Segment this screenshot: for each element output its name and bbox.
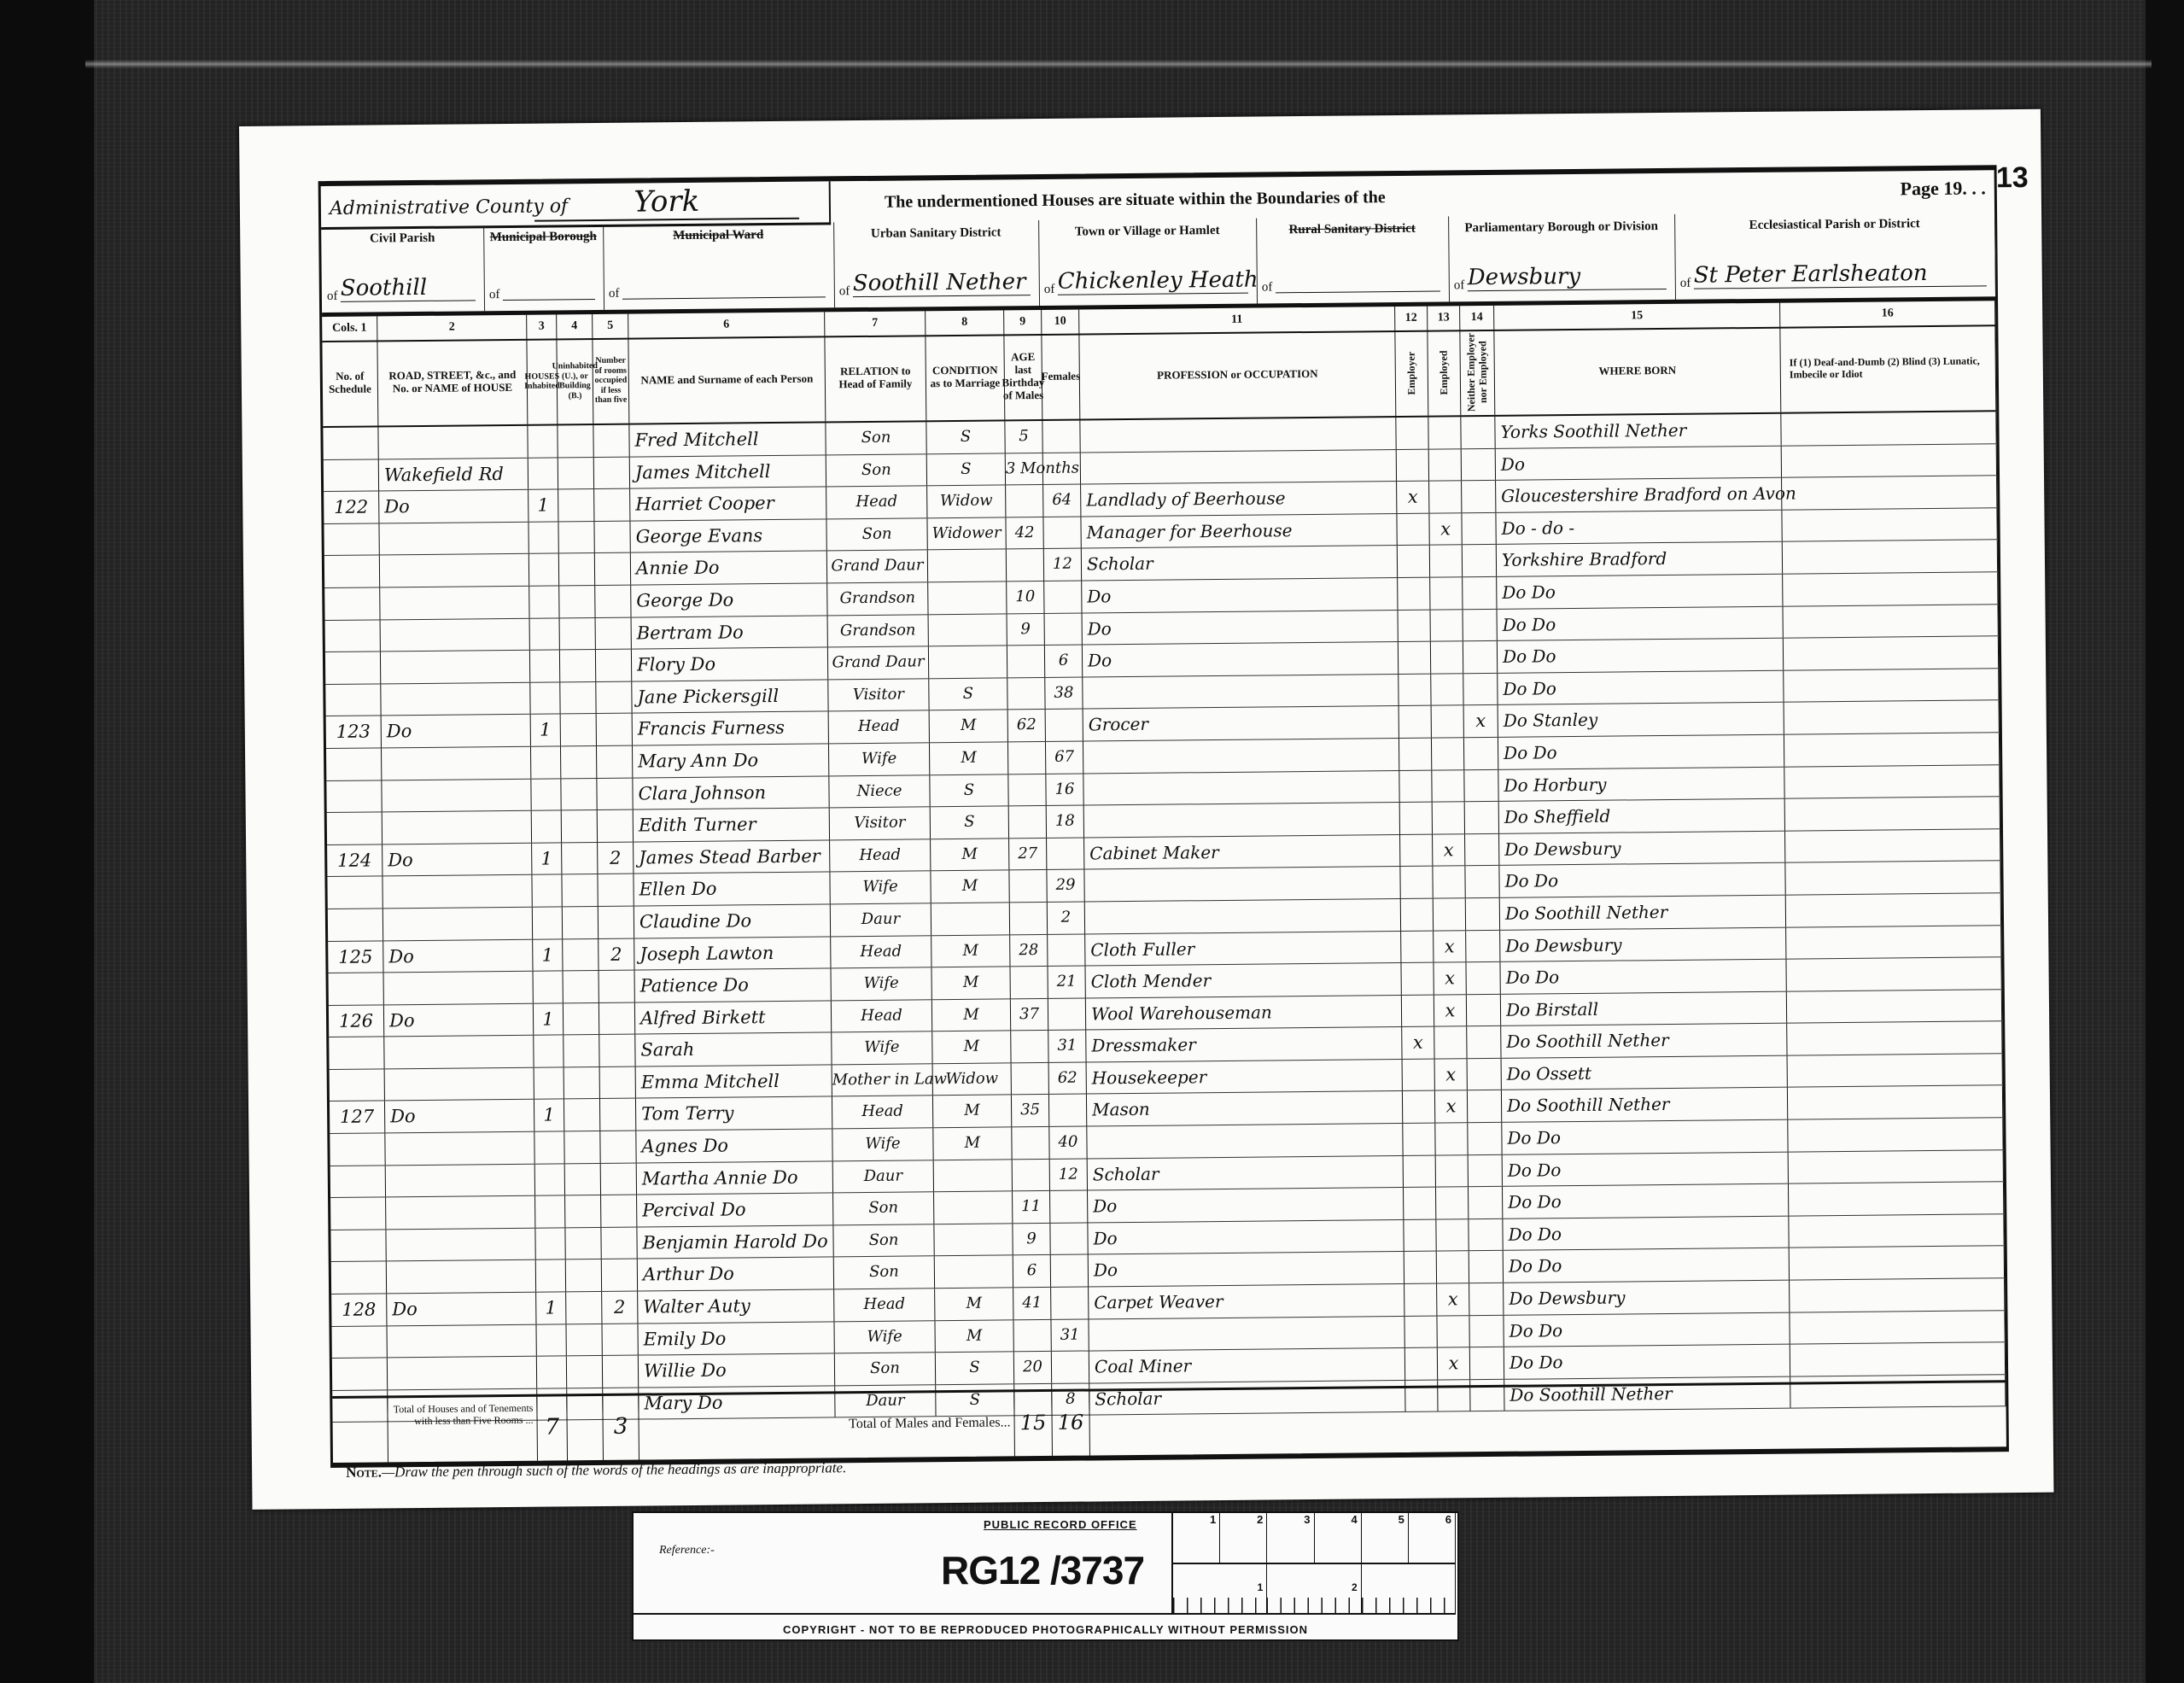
- cell-uninhab: [564, 1035, 599, 1066]
- cell-schedule: 127: [330, 1102, 385, 1133]
- cell-schedule: [325, 684, 381, 716]
- cell-occupation: Carpet Weaver: [1089, 1284, 1404, 1318]
- cell-male-age: 9: [1013, 1224, 1050, 1255]
- cell-female-age: 21: [1048, 967, 1085, 998]
- cell-neither: [1465, 866, 1499, 897]
- column-header: PROFESSION or OCCUPATION: [1079, 330, 1396, 419]
- cell-neither: [1461, 417, 1495, 448]
- cell-male-age: [1009, 806, 1047, 838]
- cell-born: Do Do: [1500, 960, 1786, 994]
- cell-neither: [1463, 674, 1498, 705]
- admin-county-value: York: [534, 184, 799, 222]
- cell-condition: Widow: [927, 486, 1006, 517]
- cell-occupation: Cloth Fuller: [1085, 931, 1401, 965]
- cell-name: Benjamin Harold Do: [637, 1225, 833, 1259]
- cell-occupation: Do: [1088, 1220, 1404, 1254]
- cell-condition: [931, 903, 1010, 934]
- division-urban-sanitary-district: Urban Sanitary DistrictofSoothill Nether: [833, 220, 1040, 307]
- cell-male-age: 3 Months: [1006, 453, 1043, 485]
- cell-infirmity: [1790, 1311, 2005, 1344]
- cell-uninhab: [564, 971, 599, 1002]
- cell-relation: Daur: [831, 903, 931, 936]
- cell-employer: [1399, 739, 1432, 770]
- cell-employer: [1398, 546, 1430, 577]
- cell-rooms: 2: [598, 842, 634, 874]
- cell-infirmity: [1790, 1278, 2005, 1312]
- cell-name: Patience Do: [635, 968, 832, 1002]
- cell-uninhab: [564, 1099, 600, 1131]
- cell-infirmity: [1789, 1150, 2004, 1183]
- cell-relation: Mother in Law: [832, 1064, 933, 1096]
- cell-infirmity: [1785, 797, 2000, 830]
- cell-condition: M: [930, 710, 1008, 742]
- division-value: Soothill: [341, 274, 476, 302]
- cell-relation: Visitor: [828, 679, 929, 711]
- column-header: RELATION to Head of Family: [825, 335, 926, 421]
- cell-female-age: [1046, 710, 1083, 741]
- cell-rooms: [595, 586, 631, 617]
- cell-condition: M: [933, 1127, 1012, 1159]
- of-label: of: [839, 284, 850, 299]
- cell-relation: Wife: [832, 967, 932, 1000]
- cell-infirmity: [1790, 1247, 2005, 1280]
- cell-neither: [1463, 641, 1498, 673]
- cell-male-age: [1006, 485, 1043, 517]
- cell-road: Wakefield Rd: [379, 458, 528, 490]
- column-header-text: WHERE BORN: [1598, 364, 1676, 377]
- cell-employer: [1400, 803, 1433, 834]
- cell-relation: Wife: [834, 1321, 935, 1353]
- ruler-units: 12: [1173, 1564, 1456, 1613]
- cell-neither: [1466, 930, 1500, 961]
- cell-female-age: 38: [1045, 677, 1083, 709]
- division-label: Municipal Ward: [603, 227, 833, 244]
- cell-neither: [1468, 1059, 1502, 1090]
- cell-born: Do Do: [1503, 1152, 1789, 1186]
- cell-name: George Do: [631, 583, 827, 617]
- cell-schedule: 123: [326, 716, 382, 748]
- cell-female-age: [1048, 934, 1085, 966]
- cell-schedule: 125: [328, 941, 383, 973]
- cell-uninhab: [561, 714, 597, 745]
- cell-name: James Stead Barber: [634, 840, 830, 874]
- column-header: AGE last Birthday of Males: [1004, 334, 1042, 419]
- cell-uninhab: [565, 1228, 601, 1259]
- cell-rooms: [596, 617, 632, 649]
- cell-employed: [1434, 898, 1466, 930]
- cell-inhab: 1: [536, 1292, 566, 1324]
- column-number: 2: [377, 315, 527, 341]
- cell-occupation: Cabinet Maker: [1084, 835, 1400, 869]
- cell-rooms: [601, 1163, 637, 1195]
- cell-male-age: 9: [1007, 614, 1045, 646]
- cell-condition: M: [932, 1031, 1011, 1063]
- cell-employer: [1399, 642, 1431, 674]
- note-prefix: Note.: [346, 1464, 382, 1480]
- cell-condition: [934, 1192, 1013, 1224]
- cell-male-age: [1008, 742, 1046, 774]
- cell-rooms: [593, 425, 629, 457]
- cell-road: [381, 651, 530, 683]
- cell-occupation: [1083, 771, 1399, 805]
- cell-name: Agnes Do: [636, 1129, 832, 1162]
- cell-employer: [1397, 449, 1429, 481]
- cell-infirmity: [1789, 1214, 2004, 1248]
- cell-neither: [1462, 513, 1496, 545]
- column-number: 10: [1042, 310, 1079, 334]
- cell-inhab: [529, 586, 559, 617]
- cell-inhab: [528, 425, 558, 457]
- cell-employed: [1433, 802, 1465, 833]
- cell-born: Do Dewsbury: [1499, 831, 1785, 865]
- cell-schedule: 128: [331, 1294, 387, 1325]
- cell-uninhab: [562, 843, 598, 874]
- division-ecclesiastical-parish-or-district: Ecclesiastical Parish or DistrictofSt Pe…: [1674, 211, 1996, 300]
- cell-relation: Head: [834, 1289, 935, 1321]
- cell-employed: [1436, 1155, 1469, 1187]
- cell-schedule: 124: [327, 844, 382, 876]
- cell-uninhab: [567, 1356, 603, 1388]
- cell-relation: Wife: [832, 1032, 932, 1065]
- column-header-text: Number of rooms occupied if less than fi…: [594, 356, 627, 406]
- column-number: 13: [1428, 306, 1460, 330]
- cell-name: Fred Mitchell: [629, 423, 826, 456]
- column-number: 9: [1004, 310, 1042, 334]
- cell-employed: [1437, 1252, 1469, 1283]
- females-total: 16: [1052, 1392, 1090, 1456]
- cell-inhab: [535, 1228, 565, 1259]
- cell-born: Do Do: [1498, 670, 1784, 704]
- cell-inhab: 1: [531, 715, 561, 746]
- scan-left-edge: [0, 0, 94, 1683]
- cell-rooms: [596, 681, 632, 713]
- cell-relation: Wife: [832, 1128, 933, 1160]
- cell-road: [386, 1229, 535, 1261]
- cell-uninhab: [561, 779, 597, 810]
- cell-road: [385, 1132, 534, 1165]
- cell-rooms: [601, 1227, 637, 1259]
- column-header-text: RELATION to Head of Family: [827, 365, 924, 391]
- cell-employed: [1437, 1316, 1469, 1347]
- cell-name: Tom Terry: [636, 1097, 832, 1131]
- boundary-divisions: Civil ParishofSoothillMunicipal Borougho…: [321, 211, 1995, 317]
- cell-inhab: [532, 811, 562, 843]
- reference-code: RG12 /3737: [941, 1547, 1144, 1593]
- cell-relation: Son: [833, 1224, 934, 1257]
- cell-inhab: [535, 1164, 565, 1195]
- cell-employed: [1430, 610, 1463, 641]
- column-header: Employed: [1428, 330, 1461, 415]
- cell-born: Do Soothill Nether: [1502, 1088, 1788, 1122]
- cell-infirmity: [1782, 476, 1997, 509]
- cell-uninhab: [564, 1003, 599, 1035]
- cell-infirmity: [1784, 636, 1999, 669]
- cell-uninhab: [565, 1195, 601, 1227]
- division-value: [503, 299, 595, 301]
- column-number: 6: [628, 312, 825, 337]
- cell-name: Mary Ann Do: [633, 744, 829, 777]
- ruler-mark: 6: [1409, 1513, 1456, 1563]
- cell-employed: x: [1434, 962, 1466, 994]
- column-header: Females: [1042, 334, 1080, 419]
- males-total: 15: [1014, 1392, 1053, 1456]
- cell-uninhab: [558, 425, 593, 457]
- column-header: WHERE BORN: [1494, 327, 1781, 415]
- cell-female-age: [1052, 1352, 1089, 1383]
- division-value: Chickenley Heath: [1058, 267, 1248, 295]
- cell-born: Yorkshire Bradford: [1497, 542, 1783, 576]
- cell-employed: [1432, 738, 1464, 769]
- cell-condition: S: [936, 1353, 1014, 1384]
- cell-inhab: [534, 1131, 564, 1163]
- cell-employer: [1403, 1091, 1435, 1123]
- column-header: Number of rooms occupied if less than fi…: [593, 338, 629, 424]
- cell-infirmity: [1784, 701, 2000, 734]
- cell-rooms: [599, 971, 635, 1002]
- cell-inhab: [534, 1036, 564, 1067]
- cell-neither: [1469, 1155, 1503, 1187]
- cell-female-age: 31: [1051, 1319, 1089, 1351]
- ruler-mark: 5: [1362, 1513, 1409, 1563]
- cell-neither: [1469, 1283, 1504, 1315]
- cell-uninhab: [566, 1324, 602, 1356]
- cell-neither: [1463, 609, 1497, 640]
- cell-male-age: [1007, 549, 1044, 581]
- cell-name: Willie Do: [639, 1354, 835, 1388]
- cell-occupation: Do: [1083, 642, 1399, 676]
- cell-infirmity: [1783, 572, 1998, 605]
- cell-infirmity: [1782, 508, 1997, 541]
- census-page: Administrative County of York The underm…: [239, 109, 2053, 1510]
- cell-inhab: [535, 1196, 565, 1228]
- cell-relation: Wife: [829, 743, 930, 775]
- cell-employer: [1405, 1348, 1438, 1380]
- cell-uninhab: [558, 458, 594, 489]
- cell-male-age: [1011, 1031, 1048, 1062]
- ruler-inches: 123456: [1173, 1513, 1456, 1564]
- cell-employed: [1429, 481, 1462, 512]
- division-label: Municipal Borough: [483, 230, 603, 245]
- cell-relation: Head: [832, 1096, 933, 1129]
- column-number: 8: [926, 310, 1004, 335]
- column-header-text: Females: [1042, 370, 1081, 383]
- of-label: of: [1262, 280, 1273, 295]
- cell-condition: S: [926, 421, 1005, 453]
- cell-employed: [1433, 867, 1465, 898]
- cell-relation: Son: [835, 1353, 936, 1385]
- cell-employed: x: [1438, 1347, 1470, 1379]
- cell-born: Do - do -: [1496, 510, 1782, 544]
- cell-employer: [1400, 834, 1433, 866]
- cell-schedule: [331, 1326, 387, 1358]
- cell-name: Percival Do: [637, 1194, 833, 1227]
- cell-name: Harriet Cooper: [630, 488, 826, 521]
- cell-infirmity: [1783, 541, 1998, 574]
- cell-name: Alfred Birkett: [635, 1001, 832, 1034]
- cell-neither: [1463, 577, 1497, 609]
- cell-name: Walter Auty: [638, 1289, 834, 1323]
- cell-male-age: 42: [1006, 517, 1043, 549]
- reference-label: Reference:-: [659, 1544, 715, 1557]
- cell-born: Do Do: [1503, 1216, 1789, 1250]
- cell-schedule: [329, 973, 384, 1005]
- cell-name: George Evans: [630, 519, 826, 552]
- cell-uninhab: [560, 682, 596, 714]
- column-header-text: NAME and Surname of each Person: [640, 372, 813, 387]
- cell-employer: [1404, 1316, 1437, 1347]
- cell-occupation: Grocer: [1083, 706, 1399, 740]
- cell-schedule: [330, 1069, 385, 1101]
- cell-rooms: [598, 874, 634, 906]
- cell-schedule: [330, 1133, 385, 1165]
- column-number: 3: [527, 314, 557, 338]
- ruler-mark: 1: [1173, 1564, 1267, 1613]
- cell-neither: [1465, 834, 1499, 866]
- cell-occupation: Do: [1088, 1188, 1404, 1222]
- cell-relation: Grandson: [828, 615, 929, 647]
- cell-male-age: 62: [1008, 710, 1046, 741]
- cell-female-age: 6: [1045, 646, 1083, 677]
- cell-occupation: Scholar: [1082, 546, 1398, 580]
- cell-born: Do Stanley: [1498, 703, 1784, 737]
- cell-relation: Head: [829, 711, 930, 744]
- cell-employer: x: [1402, 1027, 1434, 1059]
- cell-rooms: [600, 1131, 636, 1163]
- cell-female-age: [1043, 453, 1081, 484]
- cell-uninhab: [560, 650, 596, 681]
- cell-male-age: [1013, 1160, 1050, 1191]
- cell-road: [387, 1324, 536, 1357]
- cell-female-age: [1047, 838, 1084, 869]
- cell-occupation: Dressmaker: [1086, 1027, 1402, 1061]
- cell-born: Do Sheffield: [1499, 799, 1785, 833]
- cell-relation: Head: [826, 486, 927, 518]
- column-header-text: If (1) Deaf-and-Dumb (2) Blind (3) Lunat…: [1790, 355, 1994, 381]
- ruler-mark: 1: [1173, 1513, 1220, 1563]
- cell-occupation: [1085, 899, 1401, 933]
- division-label: Civil Parish: [321, 231, 483, 247]
- reference-main: PUBLIC RECORD OFFICE Reference:- RG12 /3…: [634, 1513, 1173, 1615]
- cell-infirmity: [1788, 1118, 2003, 1151]
- cell-female-age: [1049, 1095, 1087, 1126]
- cell-born: Yorks Soothill Nether: [1495, 414, 1781, 448]
- cell-rooms: [598, 810, 634, 842]
- cell-neither: [1469, 1219, 1503, 1251]
- cell-name: Martha Annie Do: [637, 1161, 833, 1195]
- cell-condition: M: [931, 839, 1009, 870]
- cell-schedule: [329, 1037, 384, 1069]
- of-label: of: [1680, 277, 1691, 291]
- cell-schedule: [332, 1359, 388, 1390]
- cell-neither: [1469, 1315, 1504, 1347]
- cell-inhab: 1: [534, 1003, 564, 1035]
- cell-infirmity: [1787, 1022, 2002, 1055]
- column-header: ROAD, STREET, &c., and No. or NAME of HO…: [377, 339, 528, 426]
- cell-occupation: Housekeeper: [1087, 1060, 1403, 1094]
- cell-infirmity: [1788, 1054, 2003, 1087]
- cell-infirmity: [1787, 990, 2002, 1023]
- cell-born: Do Do: [1497, 606, 1783, 640]
- cell-uninhab: [564, 1131, 600, 1163]
- cell-uninhab: [566, 1259, 602, 1291]
- cell-female-age: 29: [1047, 870, 1084, 902]
- division-label: Ecclesiastical Parish or District: [1674, 216, 1994, 234]
- census-rows: Fred MitchellSonS5Yorks Soothill NetherW…: [323, 412, 2006, 1423]
- column-number: 16: [1780, 301, 1995, 326]
- of-label: of: [1044, 283, 1055, 297]
- cell-neither: [1465, 802, 1499, 833]
- cell-inhab: [530, 651, 560, 682]
- cell-male-age: [1012, 1063, 1049, 1095]
- cell-schedule: [323, 427, 378, 459]
- cell-employer: [1401, 963, 1434, 995]
- cell-inhab: 1: [533, 939, 563, 971]
- cell-road: [380, 554, 529, 587]
- cell-born: Do Do: [1498, 639, 1784, 673]
- cell-neither: [1463, 545, 1497, 576]
- copyright-notice: COPYRIGHT - NOT TO BE REPRODUCED PHOTOGR…: [634, 1623, 1457, 1636]
- cell-born: Do Do: [1504, 1345, 1790, 1379]
- cell-born: Do Do: [1502, 1120, 1788, 1154]
- cell-schedule: [327, 877, 382, 909]
- cell-female-age: [1045, 613, 1083, 645]
- cell-neither: [1462, 481, 1496, 512]
- cell-female-age: 18: [1047, 806, 1084, 838]
- cell-born: Gloucestershire Bradford on Avon: [1496, 478, 1782, 512]
- cell-uninhab: [563, 939, 599, 971]
- note-text: —Draw the pen through such of the words …: [382, 1459, 846, 1480]
- division-municipal-borough: Municipal Boroughof: [483, 225, 604, 311]
- division-value: Soothill Nether: [853, 269, 1031, 297]
- division-value: [622, 296, 826, 299]
- cell-rooms: [594, 521, 630, 552]
- cell-road: [387, 1260, 536, 1293]
- cell-occupation: Mason: [1087, 1091, 1403, 1125]
- cell-born: Do Do: [1504, 1312, 1790, 1347]
- cell-condition: Widow: [933, 1063, 1012, 1095]
- cell-employer: [1401, 931, 1434, 962]
- cell-male-age: [1007, 646, 1045, 677]
- cell-employed: [1434, 1027, 1467, 1059]
- cell-schedule: [324, 459, 379, 491]
- cell-road: [385, 1068, 534, 1101]
- column-header-text: Neither Employer nor Employed: [1465, 331, 1490, 413]
- cell-female-age: [1043, 517, 1081, 548]
- cell-schedule: [324, 523, 379, 555]
- cell-born: Do Do: [1504, 1248, 1790, 1283]
- cell-road: [386, 1196, 535, 1229]
- cell-condition: [928, 581, 1007, 613]
- column-header: If (1) Deaf-and-Dumb (2) Blind (3) Lunat…: [1780, 324, 1996, 412]
- cell-female-age: 62: [1049, 1062, 1087, 1094]
- of-label: of: [1454, 278, 1465, 293]
- cell-born: Do Do: [1499, 863, 1785, 897]
- cell-employed: x: [1435, 1091, 1468, 1123]
- column-header: Uninhabited (U.), or Building (B.): [557, 338, 593, 424]
- cell-occupation: Do: [1082, 578, 1398, 612]
- column-header-text: AGE last Birthday of Males: [1001, 351, 1044, 402]
- cell-relation: Grand Daur: [828, 646, 929, 679]
- cell-road: [378, 426, 528, 459]
- cell-rooms: [597, 746, 633, 778]
- cell-uninhab: [562, 874, 598, 906]
- cell-relation: Grand Daur: [827, 551, 928, 583]
- cell-infirmity: [1788, 1086, 2003, 1119]
- cell-female-age: 16: [1046, 774, 1083, 805]
- cell-occupation: Do: [1089, 1252, 1404, 1286]
- cell-schedule: [326, 748, 382, 780]
- cell-employer: [1400, 867, 1433, 898]
